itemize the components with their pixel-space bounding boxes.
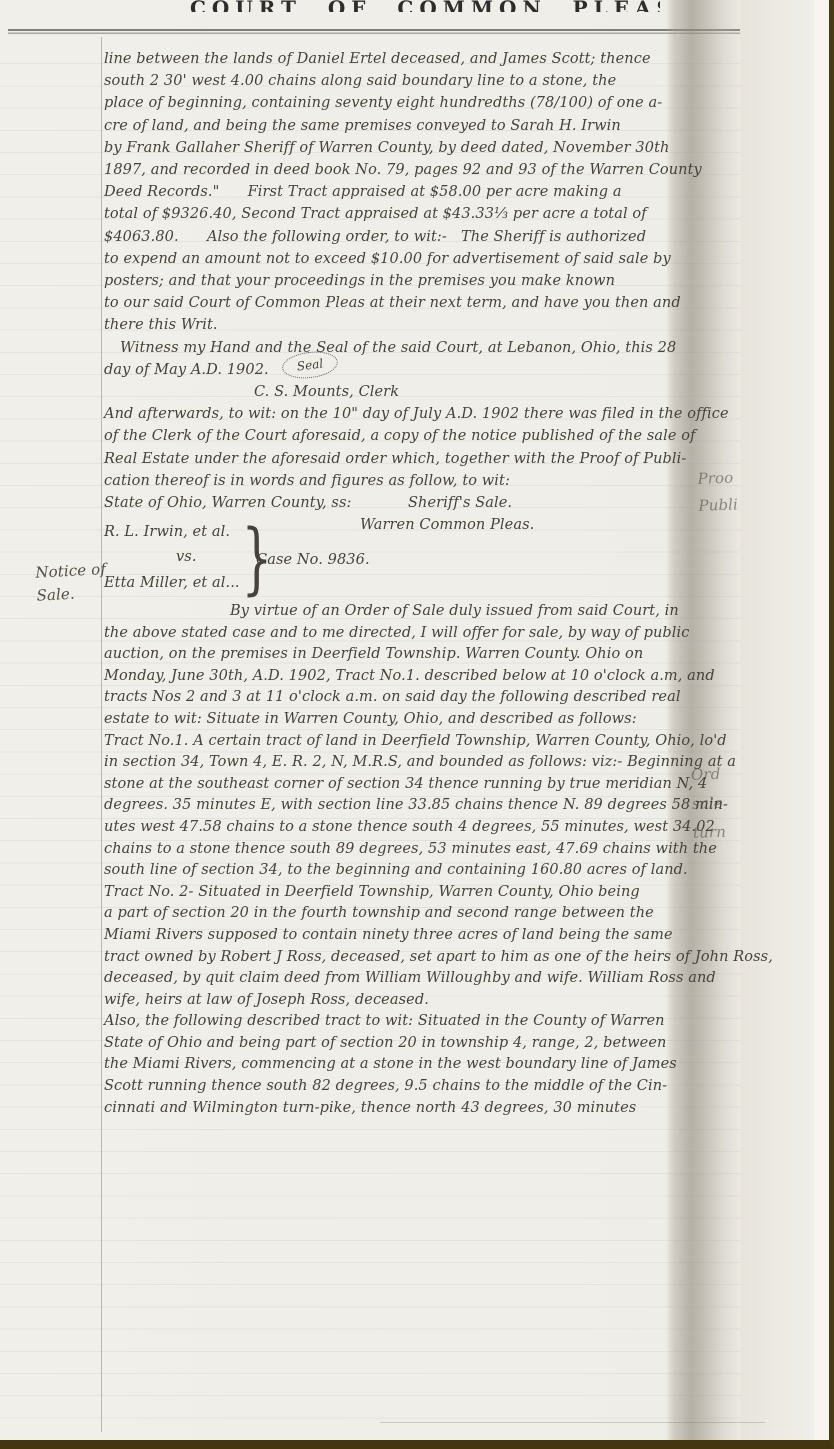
text-line: State of Ohio and being part of section … xyxy=(104,1033,694,1055)
text-line: line between the lands of Daniel Ertel d… xyxy=(104,48,689,70)
text-line: Deed Records." First Tract appraised at … xyxy=(104,181,689,203)
text-line: deceased, by quit claim deed from Willia… xyxy=(104,968,694,990)
text-line: utes west 47.58 chains to a stone thence… xyxy=(104,817,694,839)
body-text-lower: By virtue of an Order of Sale duly issue… xyxy=(104,601,694,1119)
body-text-upper: line between the lands of Daniel Ertel d… xyxy=(104,48,689,536)
scan-gutter xyxy=(814,0,829,1440)
faint-rule-artifact xyxy=(380,1422,765,1423)
ledger-page: COURT OF COMMON PLEAS, line between the … xyxy=(0,0,834,1449)
margin-note: Notice of Sale. xyxy=(35,558,101,607)
text-line: tracts Nos 2 and 3 at 11 o'clock a.m. on… xyxy=(104,687,694,709)
text-line: to expend an amount not to exceed $10.00… xyxy=(104,248,689,270)
left-margin-rule xyxy=(101,37,102,1432)
text-line: chains to a stone thence south 89 degree… xyxy=(104,839,694,861)
text-line: total of $9326.40, Second Tract appraise… xyxy=(104,203,689,225)
text-line: Tract No. 2- Situated in Deerfield Towns… xyxy=(104,882,694,904)
text-line: Publi xyxy=(698,491,745,520)
text-line: 1897, and recorded in deed book No. 79, … xyxy=(104,159,689,181)
text-line: Scott running thence south 82 degrees, 9… xyxy=(104,1076,694,1098)
text-line: there this Writ. xyxy=(104,314,689,336)
header-divider-rule xyxy=(8,29,742,35)
seal-label: Seal xyxy=(296,356,324,373)
text-line: Proo xyxy=(697,464,744,493)
margin-note-line: Notice of xyxy=(35,558,100,584)
text-line: by Frank Gallaher Sheriff of Warren Coun… xyxy=(104,137,689,159)
defendant-name: Etta Miller, et al... xyxy=(104,575,240,591)
text-line: degrees. 35 minutes E, with section line… xyxy=(104,795,694,817)
versus-label: vs. xyxy=(176,549,197,565)
text-line: a part of section 20 in the fourth towns… xyxy=(104,903,694,925)
text-line: Witness my Hand and the Seal of the said… xyxy=(120,337,689,359)
text-line: $4063.80. Also the following order, to w… xyxy=(104,226,689,248)
text-line: tract owned by Robert J Ross, deceased, … xyxy=(104,947,694,969)
text-line: the Miami Rivers, commencing at a stone … xyxy=(104,1054,694,1076)
text-line: to our said Court of Common Pleas at the… xyxy=(104,292,689,314)
text-line: cation thereof is in words and figures a… xyxy=(104,470,689,492)
case-number: Case No. 9836. xyxy=(256,552,370,568)
text-line: cre of land, and being the same premises… xyxy=(104,115,689,137)
text-line: Miami Rivers supposed to contain ninety … xyxy=(104,925,694,947)
text-line: Also, the following described tract to w… xyxy=(104,1011,694,1033)
printed-title: COURT OF COMMON PLEAS, xyxy=(190,0,660,12)
margin-note-line: Sale. xyxy=(36,581,101,607)
text-line: stone at the southeast corner of section… xyxy=(104,774,694,796)
text-line: Monday, June 30th, A.D. 1902, Tract No.1… xyxy=(104,666,694,688)
text-line: posters; and that your proceedings in th… xyxy=(104,270,689,292)
adjacent-page-edge xyxy=(740,0,814,1440)
text-line: Tract No.1. A certain tract of land in D… xyxy=(104,731,694,753)
plaintiff-name: R. L. Irwin, et al. xyxy=(104,524,230,540)
text-line: wife, heirs at law of Joseph Ross, decea… xyxy=(104,990,694,1012)
text-line: the above stated case and to me directed… xyxy=(104,623,694,645)
text-line: estate to wit: Situate in Warren County,… xyxy=(104,709,694,731)
text-line: By virtue of an Order of Sale duly issue… xyxy=(230,601,694,623)
page-header: COURT OF COMMON PLEAS, xyxy=(190,0,660,12)
case-caption: R. L. Irwin, et al. vs. Etta Miller, et … xyxy=(104,522,444,606)
text-line: day of May A.D. 1902. xyxy=(104,359,689,381)
text-line: And afterwards, to wit: on the 10" day o… xyxy=(104,403,689,425)
text-line: south 2 30' west 4.00 chains along said … xyxy=(104,70,689,92)
text-line: place of beginning, containing seventy e… xyxy=(104,92,689,114)
text-line: auction, on the premises in Deerfield To… xyxy=(104,644,694,666)
text-line: State of Ohio, Warren County, ss: Sherif… xyxy=(104,492,689,514)
fold-note-proof-publication: ProoPubli xyxy=(697,464,745,520)
text-line: in section 34, Town 4, E. R. 2, N, M.R.S… xyxy=(104,752,694,774)
text-line: south line of section 34, to the beginni… xyxy=(104,860,694,882)
text-line: cinnati and Wilmington turn-pike, thence… xyxy=(104,1098,694,1120)
text-line: C. S. Mounts, Clerk xyxy=(254,381,689,403)
text-line: of the Clerk of the Court aforesaid, a c… xyxy=(104,425,689,447)
text-line: Real Estate under the aforesaid order wh… xyxy=(104,448,689,470)
